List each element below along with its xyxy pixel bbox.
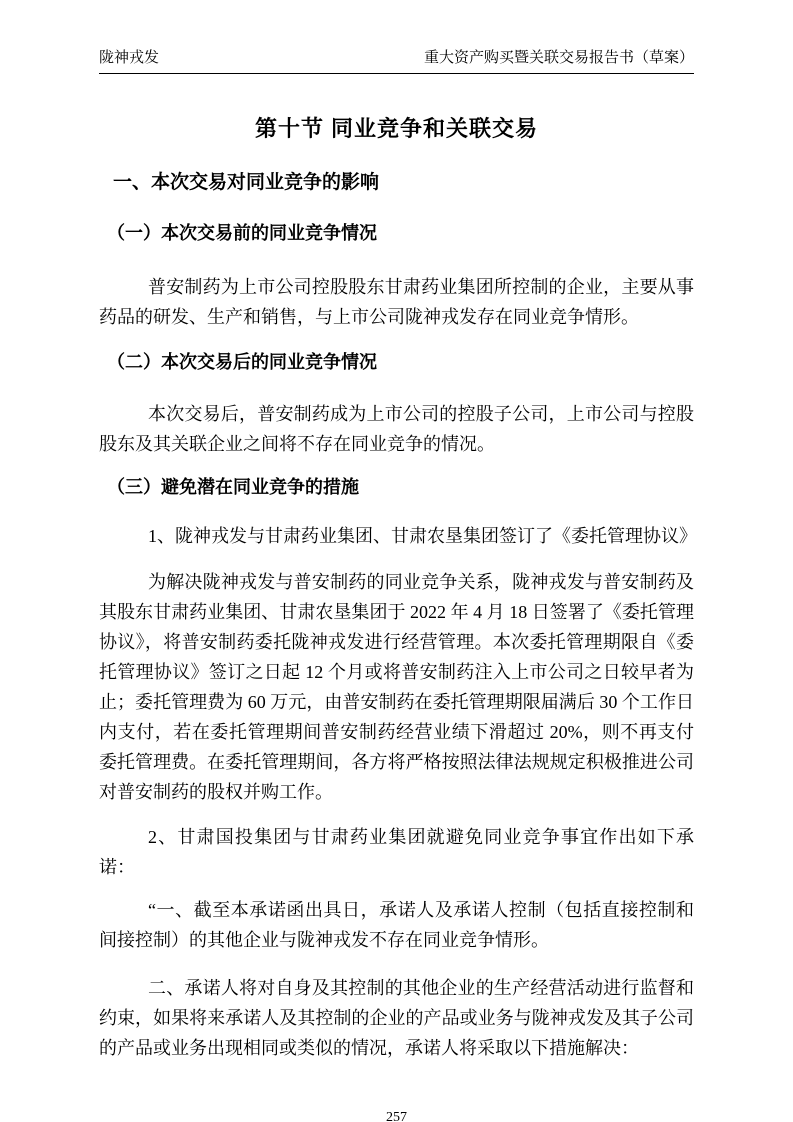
header-company-name: 陇神戎发 [99,50,159,67]
paragraph-measure-item-1: 1、陇神戎发与甘肃药业集团、甘肃农垦集团签订了《委托管理协议》 [99,521,694,551]
subsection-heading-measures: （三）避免潜在同业竞争的措施 [107,475,694,500]
paragraph-entrusted-management-agreement: 为解决陇神戎发与普安制药的同业竞争关系，陇神戎发与普安制药及其股东甘肃药业集团、… [99,567,694,807]
page-header: 陇神戎发 重大资产购买暨关联交易报告书（草案） [99,50,694,74]
paragraph-before-transaction: 普安制药为上市公司控股股东甘肃药业集团所控制的企业，主要从事药品的研发、生产和销… [99,272,694,332]
section-heading-impact: 一、本次交易对同业竞争的影响 [113,170,694,196]
page-number: 257 [99,1110,694,1122]
paragraph-after-transaction: 本次交易后，普安制药成为上市公司的控股子公司，上市公司与控股股东及其关联企业之间… [99,399,694,459]
header-doc-title: 重大资产购买暨关联交易报告书（草案） [424,50,694,67]
subsection-heading-before-transaction: （一）本次交易前的同业竞争情况 [107,221,694,246]
paragraph-measure-item-2: 2、甘肃国投集团与甘肃药业集团就避免同业竞争事宜作出如下承诺： [99,822,694,882]
chapter-title: 第十节 同业竞争和关联交易 [99,114,694,144]
paragraph-commitment-2: 二、承诺人将对自身及其控制的其他企业的生产经营活动进行监督和约束，如果将来承诺人… [99,973,694,1063]
subsection-heading-after-transaction: （二）本次交易后的同业竞争情况 [107,350,694,375]
paragraph-commitment-1: “一、截至本承诺函出具日，承诺人及承诺人控制（包括直接控制和间接控制）的其他企业… [99,895,694,955]
document-page: 陇神戎发 重大资产购买暨关联交易报告书（草案） 第十节 同业竞争和关联交易 一、… [0,0,793,1122]
